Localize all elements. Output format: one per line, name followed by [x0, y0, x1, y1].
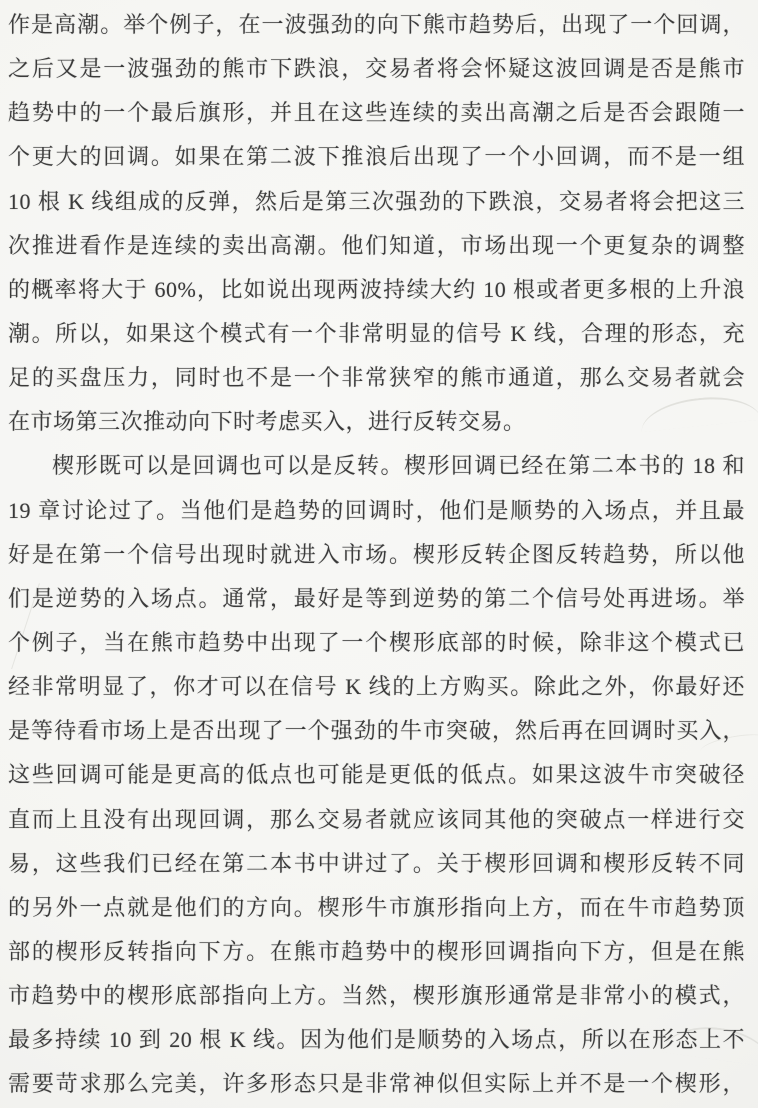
text-line: 的概率将大于 60%，比如说出现两波持续大约 10 根或者更多根的上升浪 — [8, 268, 745, 312]
text-line: 是等待看市场上是否出现了一个强劲的牛市突破，然后再在回调时买入， — [8, 709, 745, 753]
text-line: 经非常明显了，你才可以在信号 K 线的上方购买。除此之外，你最好还 — [8, 665, 745, 709]
paragraph: 楔形既可以是回调也可以是反转。楔形回调已经在第二本书的 18 和19 章讨论过了… — [8, 444, 745, 1106]
text-line: 在市场第三次推动向下时考虑买入，进行反转交易。 — [8, 400, 745, 444]
text-line: 10 根 K 线组成的反弹，然后是第三次强劲的下跌浪，交易者将会把这三 — [8, 180, 745, 224]
text-line: 好是在第一个信号出现时就进入市场。楔形反转企图反转趋势，所以他 — [8, 533, 745, 577]
text-line: 潮。所以，如果这个模式有一个非常明显的信号 K 线，合理的形态，充 — [8, 312, 745, 356]
page-text: 作是高潮。举个例子，在一波强劲的向下熊市趋势后，出现了一个回调，之后又是一波强劲… — [8, 3, 745, 1107]
text-line: 足的买盘压力，同时也不是一个非常狭窄的熊市通道，那么交易者就会 — [8, 356, 745, 400]
text-line: 之后又是一波强劲的熊市下跌浪，交易者将会怀疑这波回调是否是熊市 — [8, 47, 745, 91]
paragraph: 作是高潮。举个例子，在一波强劲的向下熊市趋势后，出现了一个回调，之后又是一波强劲… — [8, 3, 745, 444]
text-line: 19 章讨论过了。当他们是趋势的回调时，他们是顺势的入场点，并且最 — [8, 489, 745, 533]
text-line: 最多持续 10 到 20 根 K 线。因为他们是顺势的入场点，所以在形态上不 — [8, 1018, 745, 1062]
text-line: 直而上且没有出现回调，那么交易者就应该同其他的突破点一样进行交 — [8, 798, 745, 842]
text-line: 这些回调可能是更高的低点也可能是更低的低点。如果这波牛市突破径 — [8, 753, 745, 797]
text-line: 作是高潮。举个例子，在一波强劲的向下熊市趋势后，出现了一个回调， — [8, 3, 745, 47]
text-line: 次推进看作是连续的卖出高潮。他们知道，市场出现一个更复杂的调整 — [8, 224, 745, 268]
text-line: 趋势中的一个最后旗形，并且在这些连续的卖出高潮之后是否会跟随一 — [8, 91, 745, 135]
text-line: 个例子，当在熊市趋势中出现了一个楔形底部的时候，除非这个模式已 — [8, 621, 745, 665]
text-line: 市趋势中的楔形底部指向上方。当然，楔形旗形通常是非常小的模式， — [8, 974, 745, 1018]
text-line: 楔形既可以是回调也可以是反转。楔形回调已经在第二本书的 18 和 — [8, 444, 745, 488]
text-line: 需要苛求那么完美，许多形态只是非常神似但实际上并不是一个楔形， — [8, 1062, 745, 1106]
text-line: 个更大的回调。如果在第二波下推浪后出现了一个小回调，而不是一组 — [8, 135, 745, 179]
text-line: 的另外一点就是他们的方向。楔形牛市旗形指向上方，而在牛市趋势顶 — [8, 886, 745, 930]
text-line: 易，这些我们已经在第二本书中讲过了。关于楔形回调和楔形反转不同 — [8, 842, 745, 886]
text-line: 们是逆势的入场点。通常，最好是等到逆势的第二个信号处再进场。举 — [8, 577, 745, 621]
text-line: 部的楔形反转指向下方。在熊市趋势中的楔形回调指向下方，但是在熊 — [8, 930, 745, 974]
book-page: 作是高潮。举个例子，在一波强劲的向下熊市趋势后，出现了一个回调，之后又是一波强劲… — [0, 0, 758, 1108]
